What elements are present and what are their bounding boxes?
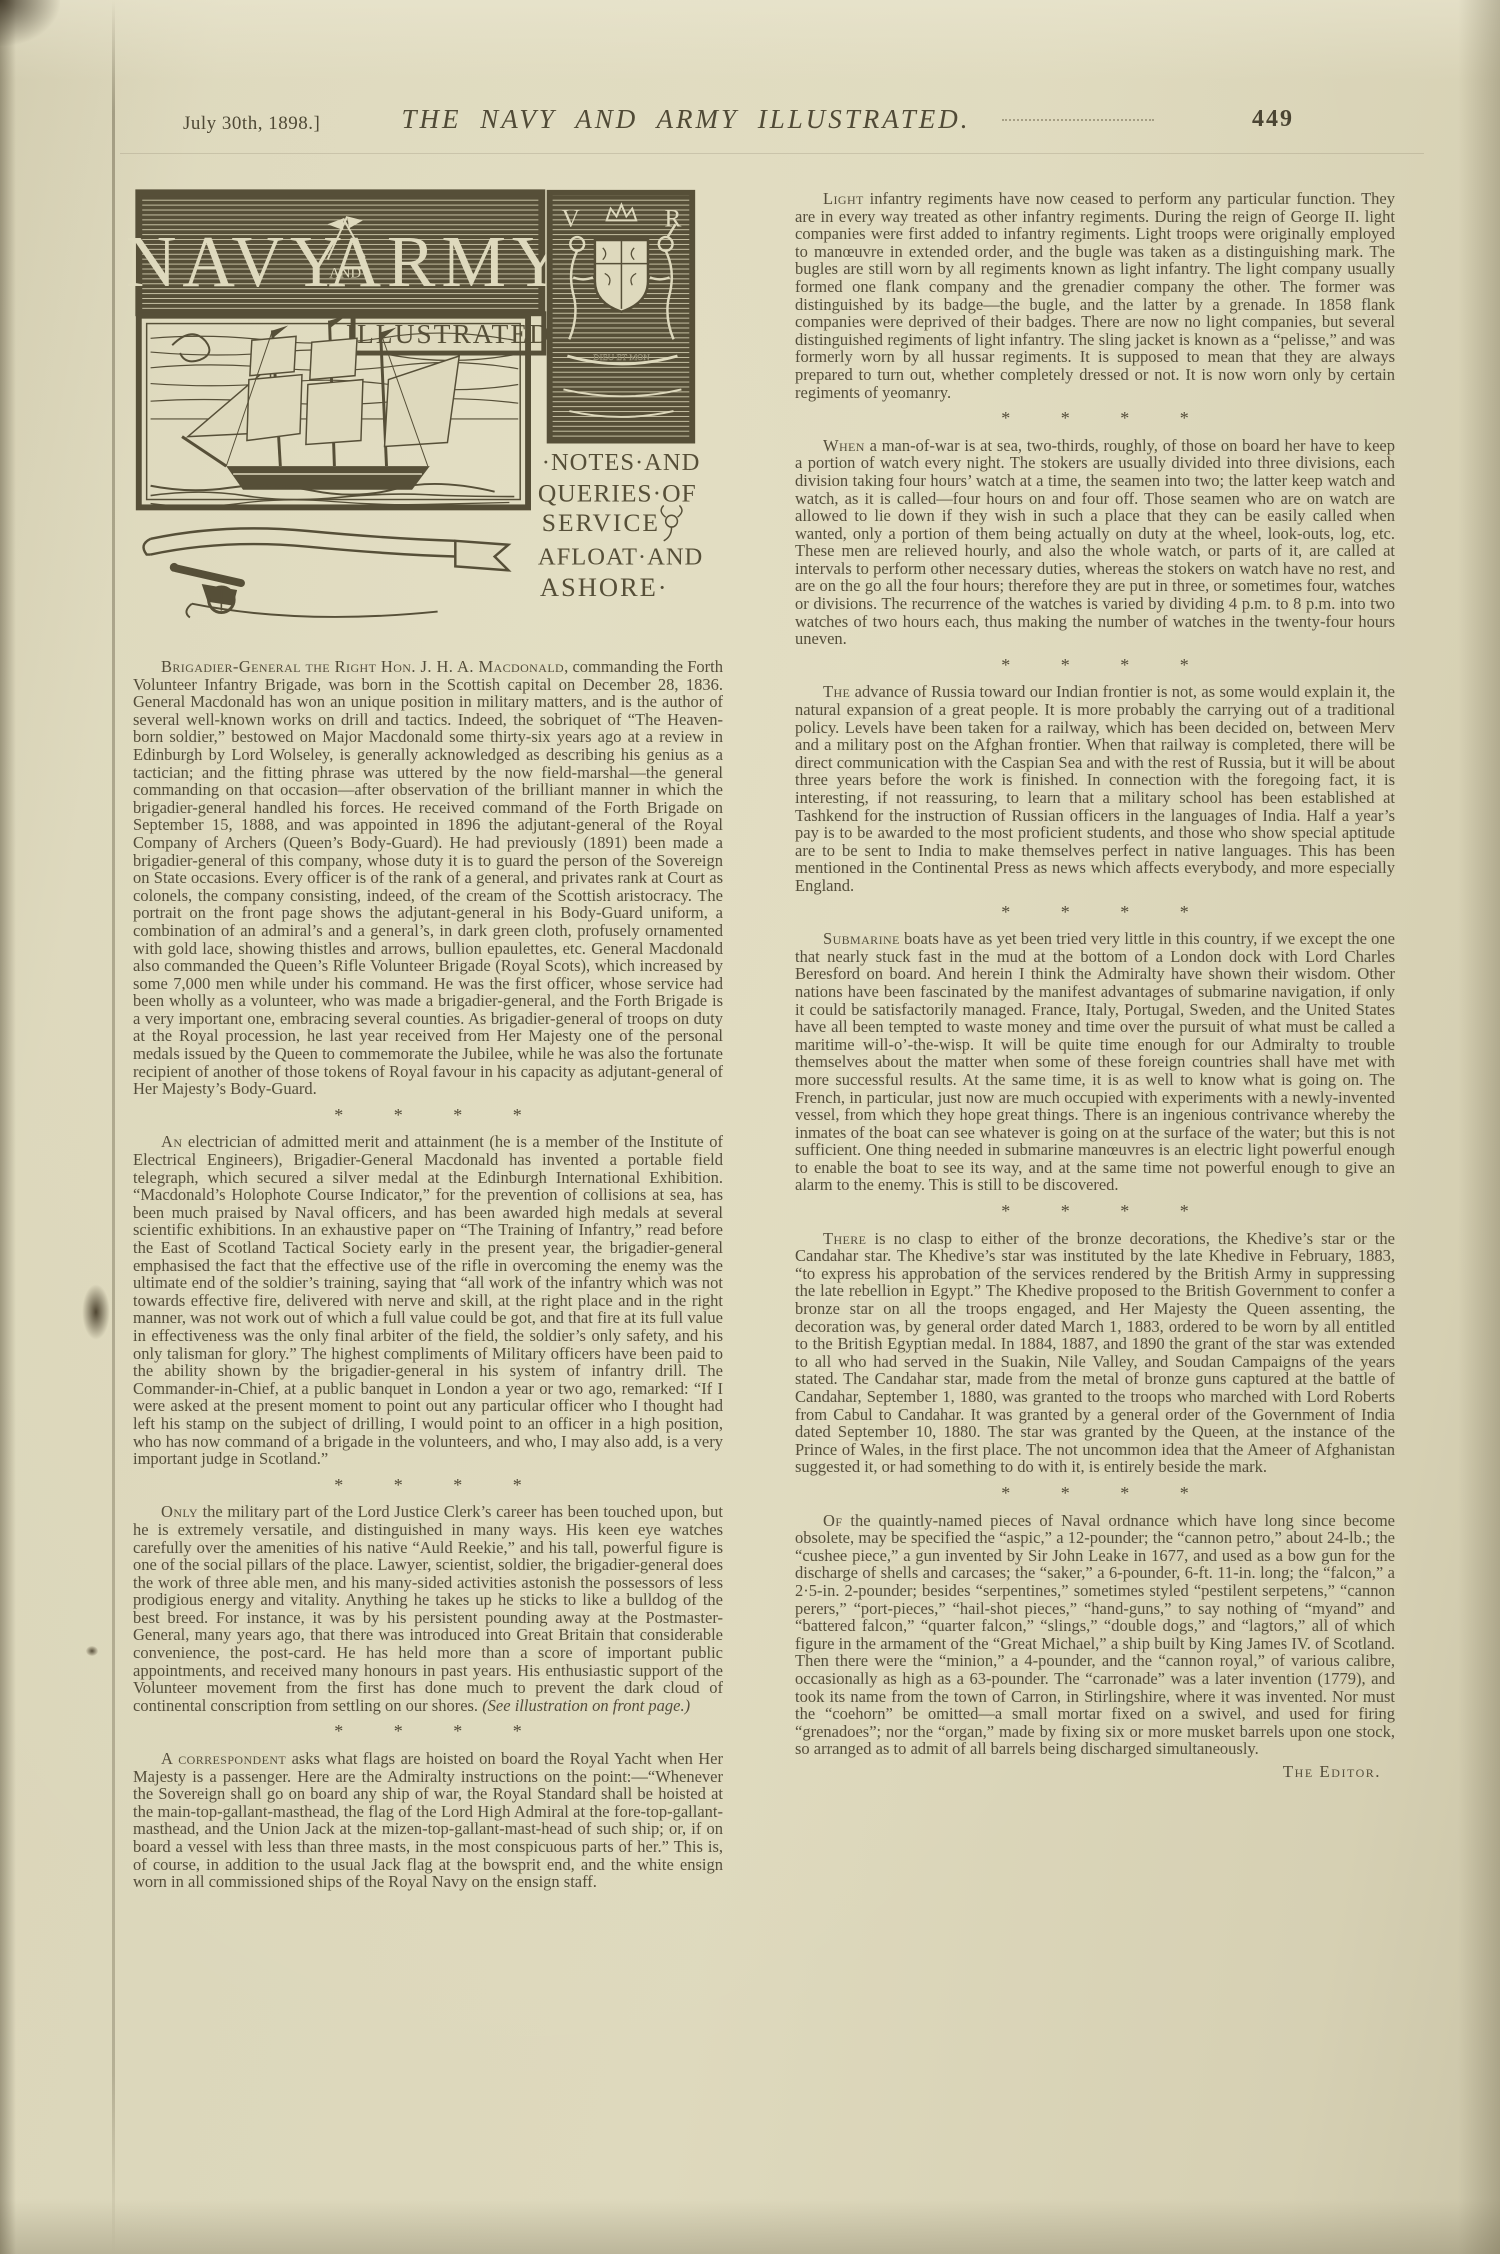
notes-line: AFLOAT·AND [538,543,703,570]
paragraph-text: infantry regiments have now ceased to pe… [795,189,1395,402]
notes-line: ·NOTES·AND [542,449,701,476]
editor-signature: The Editor. [795,1763,1395,1781]
paragraph-lead: There [823,1229,866,1248]
notes-line: SERVICE [542,508,660,537]
paragraph-lead: Light [823,189,864,208]
page-top-edge [0,0,1500,80]
notes-line: QUERIES·OF [538,478,697,507]
asterisk-separator: * * * * [133,1477,723,1495]
paragraph-text: asks what flags are hoisted on board the… [133,1749,723,1891]
paragraph: When a man-of-war is at sea, two-thirds,… [795,437,1395,648]
notes-line: ASHORE· [540,572,669,602]
asterisk-separator: * * * * [795,1203,1395,1221]
army-text: ARMY [328,221,570,302]
asterisk-separator: * * * * [133,1107,723,1125]
masthead-banner: NAVY ARMY AND [128,193,570,313]
ink-stain [82,1284,110,1340]
serpent-pennant-icon [172,334,209,361]
column-left: Brigadier-General the Right Hon. J. H. A… [133,658,723,1891]
paragraph-lead: The [823,682,850,701]
paragraph: Light infantry regiments have now ceased… [795,190,1395,401]
paragraph: Only the military part of the Lord Justi… [133,1503,723,1714]
paragraph-text: is no clasp to either of the bronze deco… [795,1229,1395,1477]
paragraph-text: electrician of admitted merit and attain… [133,1132,723,1468]
page-number: 449 [1252,106,1294,133]
scanned-page: July 30th, 1898.] THE NAVY AND ARMY ILLU… [0,0,1500,2254]
asterisk-separator: * * * * [795,410,1395,428]
page-corner-shadow [0,0,60,46]
paragraph-lead: Submarine [823,929,900,948]
paragraph-text: a man-of-war is at sea, two-thirds, roug… [795,436,1395,649]
column-right: Light infantry regiments have now ceased… [795,190,1395,1780]
paragraph-text: the quaintly-named pieces of Naval ordna… [795,1511,1395,1759]
ink-stain [86,1646,98,1656]
paragraph-lead: A correspondent [161,1749,286,1768]
and-text: AND [329,265,361,281]
paragraph-lead: When [823,436,865,455]
motto-text: DIEU ET MON [593,352,650,362]
paragraph-lead: Brigadier-General the Right Hon. J. H. A… [161,657,564,676]
asterisk-separator: * * * * [795,904,1395,922]
paragraph-lead: An [161,1132,182,1151]
notes-queries-text: ·NOTES·AND QUERIES·OF SERVICE AFLOAT·AND… [538,449,703,602]
page-crease-line [112,0,115,2254]
vr-monogram: V [561,203,580,232]
paragraph-text: the military part of the Lord Justice Cl… [133,1502,723,1715]
paragraph-note: (See illustration on front page.) [478,1696,690,1715]
navy-text: NAVY [128,221,348,302]
asterisk-separator: * * * * [795,1485,1395,1503]
asterisk-separator: * * * * [795,657,1395,675]
issue-date: July 30th, 1898.] [183,113,320,135]
paragraph-lead: Only [161,1502,198,1521]
paragraph: Of the quaintly-named pieces of Naval or… [795,1512,1395,1758]
paragraph: Brigadier-General the Right Hon. J. H. A… [133,658,723,1098]
paragraph-lead: Of [823,1511,842,1530]
paragraph-text: boats have as yet been tried very little… [795,929,1395,1194]
page-bottom-edge [0,2199,1500,2254]
paragraph-text: advance of Russia toward our Indian fron… [795,682,1395,895]
asterisk-separator: * * * * [133,1723,723,1741]
rose-ornament [661,505,682,540]
header-rule [120,153,1424,154]
page-left-edge [0,0,16,2254]
page-right-edge [1458,0,1500,2254]
paragraph: There is no clasp to either of the bronz… [795,1230,1395,1476]
masthead-illustration: NAVY ARMY AND ILLUSTRATED [128,183,703,645]
royal-arms-panel: V R DIEU ET MON [550,193,693,441]
paragraph: An electrician of admitted merit and att… [133,1133,723,1467]
paragraph-text: , commanding the Forth Volunteer Infantr… [133,657,723,1098]
page-title: THE NAVY AND ARMY ILLUSTRATED. [330,104,1042,135]
cannon-icon [170,563,241,613]
paragraph: The advance of Russia toward our Indian … [795,683,1395,894]
paragraph: Submarine boats have as yet been tried v… [795,930,1395,1194]
paragraph: A correspondent asks what flags are hois… [133,1750,723,1891]
